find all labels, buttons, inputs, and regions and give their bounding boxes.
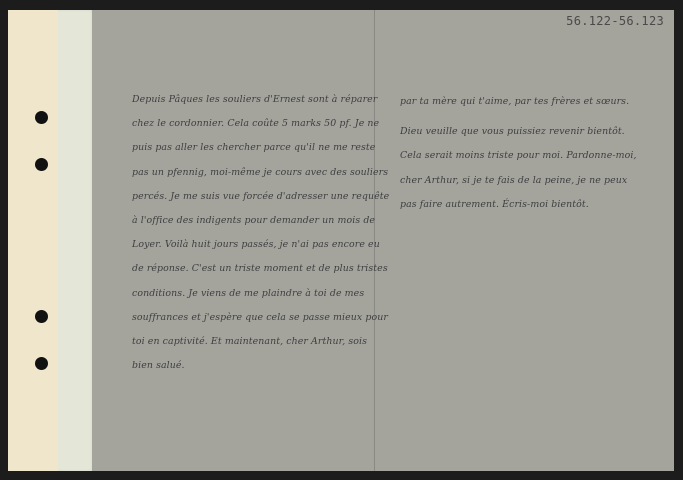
text-line: conditions. Je viens de me plaindre à to…: [132, 282, 368, 306]
tissue-guard-strip: [58, 10, 94, 471]
punch-hole: [35, 310, 48, 323]
text-line: Depuis Pâques les souliers d'Ernest sont…: [132, 88, 368, 112]
text-line: pas faire autrement. Écris-moi bientôt.: [400, 193, 640, 217]
text-line: bien salué.: [132, 354, 368, 378]
text-line: puis pas aller les chercher parce qu'il …: [132, 136, 368, 160]
left-page: Depuis Pâques les souliers d'Ernest sont…: [132, 88, 368, 378]
punch-hole: [35, 357, 48, 370]
text-line: percés. Je me suis vue forcée d'adresser…: [132, 185, 368, 209]
letter-sheet: 56.122-56.123 Depuis Pâques les souliers…: [92, 10, 674, 471]
text-line: toi en captivité. Et maintenant, cher Ar…: [132, 330, 368, 354]
right-page: par ta mère qui t'aime, par tes frères e…: [400, 90, 640, 217]
punch-hole: [35, 158, 48, 171]
text-line: Loyer. Voilà huit jours passés, je n'ai …: [132, 233, 368, 257]
punch-hole: [35, 111, 48, 124]
scanned-letter: 56.122-56.123 Depuis Pâques les souliers…: [0, 0, 683, 480]
text-line: Cela serait moins triste pour moi. Pardo…: [400, 144, 640, 168]
archive-reference: 56.122-56.123: [566, 14, 664, 28]
text-line: cher Arthur, si je te fais de la peine, …: [400, 169, 640, 193]
binding-strip: [8, 10, 60, 471]
text-line: Dieu veuille que vous puissiez revenir b…: [400, 120, 640, 144]
text-line: pas un pfennig, moi-même je cours avec d…: [132, 161, 368, 185]
text-line: chez le cordonnier. Cela coûte 5 marks 5…: [132, 112, 368, 136]
text-line: souffrances et j'espère que cela se pass…: [132, 306, 368, 330]
text-line: à l'office des indigents pour demander u…: [132, 209, 368, 233]
closing-line: par ta mère qui t'aime, par tes frères e…: [400, 90, 640, 114]
text-line: de réponse. C'est un triste moment et de…: [132, 257, 368, 281]
